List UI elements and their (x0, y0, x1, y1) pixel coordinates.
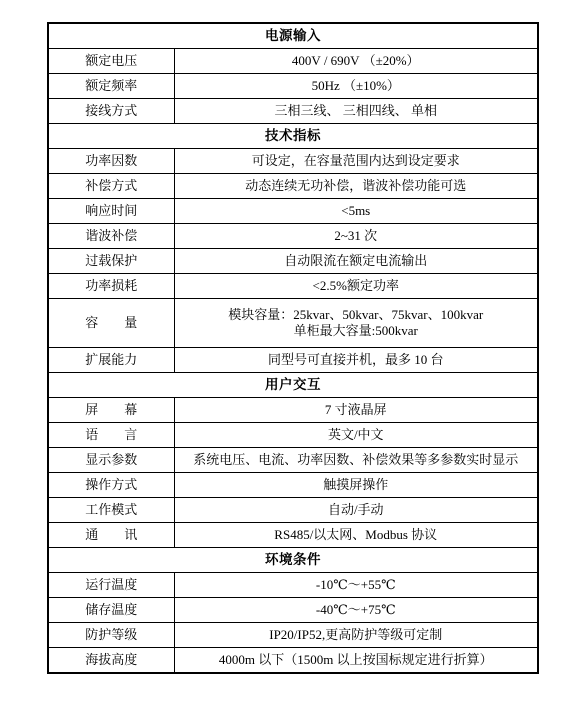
spec-value: RS485/以太网、Modbus 协议 (174, 523, 538, 548)
spec-value: 7 寸液晶屏 (174, 398, 538, 423)
table-row: 防护等级IP20/IP52,更高防护等级可定制 (48, 623, 538, 648)
table-row: 操作方式触摸屏操作 (48, 473, 538, 498)
spec-value: 自动限流在额定电流输出 (174, 249, 538, 274)
table-row: 扩展能力同型号可直接并机，最多 10 台 (48, 348, 538, 373)
spec-value: 2~31 次 (174, 224, 538, 249)
section-header-row: 用户交互 (48, 373, 538, 398)
table-row: 功率因数可设定，在容量范围内达到设定要求 (48, 149, 538, 174)
table-row: 过载保护自动限流在额定电流输出 (48, 249, 538, 274)
table-row: 补偿方式动态连续无功补偿，谐波补偿功能可选 (48, 174, 538, 199)
section-header-row: 电源输入 (48, 23, 538, 49)
table-row: 工作模式自动/手动 (48, 498, 538, 523)
table-row: 运行温度-10℃～+55℃ (48, 573, 538, 598)
spec-label: 接线方式 (48, 99, 174, 124)
spec-label: 运行温度 (48, 573, 174, 598)
spec-label: 屏 幕 (48, 398, 174, 423)
spec-value: 可设定，在容量范围内达到设定要求 (174, 149, 538, 174)
spec-label: 扩展能力 (48, 348, 174, 373)
spec-label: 操作方式 (48, 473, 174, 498)
table-row: 显示参数系统电压、电流、功率因数、补偿效果等多参数实时显示 (48, 448, 538, 473)
spec-label: 储存温度 (48, 598, 174, 623)
table-row: 储存温度-40℃～+75℃ (48, 598, 538, 623)
spec-label: 工作模式 (48, 498, 174, 523)
spec-label: 显示参数 (48, 448, 174, 473)
table-row: 接线方式三相三线、 三相四线、 单相 (48, 99, 538, 124)
table-row: 通 讯RS485/以太网、Modbus 协议 (48, 523, 538, 548)
spec-label: 额定频率 (48, 74, 174, 99)
spec-value: 自动/手动 (174, 498, 538, 523)
spec-table: 电源输入额定电压400V / 690V （±20%）额定频率50Hz （±10%… (47, 22, 539, 674)
table-row: 功率损耗<2.5%额定功率 (48, 274, 538, 299)
table-row: 屏 幕7 寸液晶屏 (48, 398, 538, 423)
spec-value: 动态连续无功补偿，谐波补偿功能可选 (174, 174, 538, 199)
spec-value: 模块容量：25kvar、50kvar、75kvar、100kvar 单柜最大容量… (174, 299, 538, 348)
spec-label: 功率因数 (48, 149, 174, 174)
spec-label: 谐波补偿 (48, 224, 174, 249)
spec-label: 过载保护 (48, 249, 174, 274)
spec-value: 触摸屏操作 (174, 473, 538, 498)
section-header-row: 技术指标 (48, 124, 538, 149)
spec-value: 英文/中文 (174, 423, 538, 448)
spec-label: 补偿方式 (48, 174, 174, 199)
spec-label: 语 言 (48, 423, 174, 448)
spec-value: <5ms (174, 199, 538, 224)
table-row: 海拔高度4000m 以下（1500m 以上按国标规定进行折算） (48, 648, 538, 674)
spec-table-body: 电源输入额定电压400V / 690V （±20%）额定频率50Hz （±10%… (48, 23, 538, 673)
spec-label: 响应时间 (48, 199, 174, 224)
section-title: 用户交互 (48, 373, 538, 398)
spec-value: -40℃～+75℃ (174, 598, 538, 623)
table-row: 额定电压400V / 690V （±20%） (48, 49, 538, 74)
spec-value: 50Hz （±10%） (174, 74, 538, 99)
spec-value: 400V / 690V （±20%） (174, 49, 538, 74)
spec-label: 功率损耗 (48, 274, 174, 299)
document-page: 电源输入额定电压400V / 690V （±20%）额定频率50Hz （±10%… (0, 0, 580, 728)
table-row: 额定频率50Hz （±10%） (48, 74, 538, 99)
spec-label: 额定电压 (48, 49, 174, 74)
spec-label: 容 量 (48, 299, 174, 348)
table-row: 语 言英文/中文 (48, 423, 538, 448)
spec-label: 海拔高度 (48, 648, 174, 674)
spec-value: 同型号可直接并机，最多 10 台 (174, 348, 538, 373)
table-row: 响应时间<5ms (48, 199, 538, 224)
spec-value: <2.5%额定功率 (174, 274, 538, 299)
table-row: 容 量模块容量：25kvar、50kvar、75kvar、100kvar 单柜最… (48, 299, 538, 348)
spec-label: 防护等级 (48, 623, 174, 648)
spec-label: 通 讯 (48, 523, 174, 548)
spec-value: 三相三线、 三相四线、 单相 (174, 99, 538, 124)
spec-value: 系统电压、电流、功率因数、补偿效果等多参数实时显示 (174, 448, 538, 473)
section-title: 技术指标 (48, 124, 538, 149)
table-row: 谐波补偿2~31 次 (48, 224, 538, 249)
spec-value: -10℃～+55℃ (174, 573, 538, 598)
section-title: 电源输入 (48, 23, 538, 49)
section-header-row: 环境条件 (48, 548, 538, 573)
section-title: 环境条件 (48, 548, 538, 573)
spec-value: 4000m 以下（1500m 以上按国标规定进行折算） (174, 648, 538, 674)
spec-value: IP20/IP52,更高防护等级可定制 (174, 623, 538, 648)
